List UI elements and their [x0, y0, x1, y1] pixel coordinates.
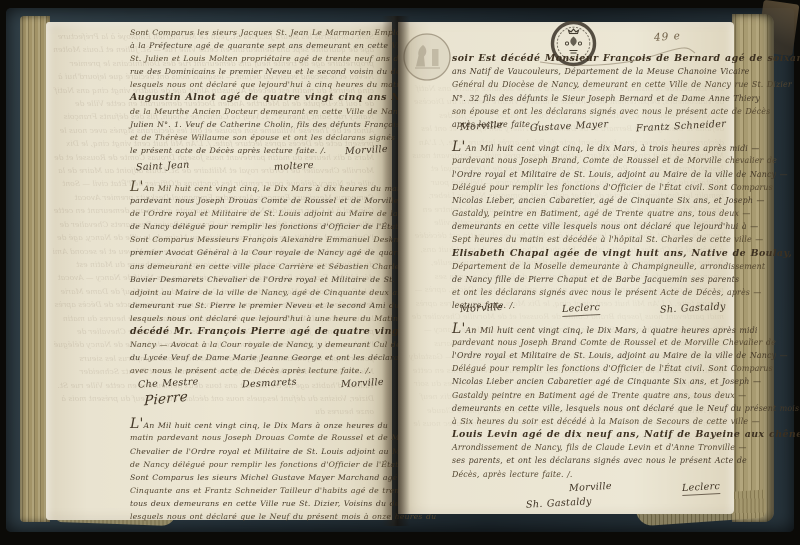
- signature: Leclerc: [681, 480, 720, 496]
- manuscript-line: l'Ordre royal et Militaire de St. Louis,…: [452, 168, 734, 181]
- manuscript-line: Gastaldy peintre en Batiment agé de Tren…: [452, 389, 734, 402]
- manuscript-line: Délégué pour remplir les fonctions d'Off…: [452, 362, 734, 375]
- manuscript-line: avec nous le présent acte de Décès après…: [130, 364, 392, 377]
- manuscript-line: rue des Dominicains le premier Neveu et …: [130, 65, 392, 78]
- manuscript-line: pardevant nous Joseph Drouas Comte de Ro…: [130, 194, 392, 207]
- manuscript-line: Décès, après lecture faite. /.: [452, 468, 734, 481]
- manuscript-line: du Lycée Veuf de Dame Marie Jeanne Georg…: [130, 351, 392, 364]
- signature-row: Pierre: [130, 393, 392, 413]
- signature: Morville: [460, 300, 504, 315]
- manuscript-line: demeurants en cette ville, lesquels nous…: [452, 402, 734, 415]
- manuscript-line: premier Avocat Général à la Cour royale …: [130, 246, 392, 259]
- manuscript-line: ses parents, et ont les déclarans signés…: [452, 454, 734, 467]
- manuscript-line: Cinquante ans et Frantz Schneider Taille…: [130, 484, 392, 497]
- manuscript-line: adjoint au Maire de la ville de Nancy, a…: [130, 286, 392, 299]
- signature: Morville: [569, 480, 613, 495]
- signature-row: MorvilleGustave MayerFrantz Schneider: [452, 120, 734, 136]
- manuscript-line: St. Julien et Louis Molten propriétaire …: [130, 52, 392, 65]
- manuscript-line: lesquels nous ont déclaré que le Neuf du…: [130, 510, 392, 523]
- manuscript-line: lesquels nous ont déclaré que lejourd'hu…: [130, 312, 392, 325]
- manuscript-line: de Nancy délégué pour remplir les foncti…: [130, 458, 392, 471]
- manuscript-line: Nicolas Lieber, ancien Cabaretier, agé d…: [452, 194, 734, 207]
- signature-row: MorvilleLeclerc: [452, 481, 734, 497]
- manuscript-line: demeurants en cette ville lesquels nous …: [452, 220, 734, 233]
- manuscript-text-left: Sont Comparus les sieurs Jacques St. Jea…: [130, 26, 392, 523]
- right-page: soir Est décédé Monsieur François de Ber…: [398, 22, 734, 514]
- manuscript-line: Arrondissement de Nancy, fils de Claude …: [452, 441, 734, 454]
- manuscript-line: L'An Mil huit cent vingt cinq, le Dix Ma…: [452, 323, 734, 336]
- manuscript-line: et ont les déclarans signés avec nous le…: [452, 286, 734, 299]
- signature: Pierre: [144, 391, 188, 409]
- manuscript-line: L'An Mil huit cent vingt cinq, le Dix Ma…: [130, 418, 392, 431]
- manuscript-line: Sept heures du matin est décédée à l'hôp…: [452, 233, 734, 246]
- signature: Sh. Gastaldy: [660, 300, 726, 317]
- manuscript-line: à la Préfecture agé de quarante sept ans…: [130, 39, 392, 52]
- manuscript-line: Sont Comparus Messieurs François Alexand…: [130, 233, 392, 246]
- manuscript-line: Délégué pour remplir les fonctions d'Off…: [452, 181, 734, 194]
- manuscript-line: L'An Mil huit cent vingt cinq, le Dix Ma…: [130, 181, 392, 194]
- manuscript-line: Département de la Moselle demeurante à C…: [452, 260, 734, 273]
- manuscript-line: ans Natif de Vaucouleurs, Département de…: [452, 65, 734, 78]
- manuscript-line: à Six heures du soir est décédé à la Mai…: [452, 415, 734, 428]
- manuscript-text-right: soir Est décédé Monsieur François de Ber…: [452, 52, 734, 515]
- manuscript-line: l'Ordre royal et Militaire de St. Louis,…: [452, 349, 734, 362]
- signature: Gustave Mayer: [530, 118, 609, 135]
- manuscript-line: pardevant nous Joseph Brand, Comte de Ro…: [452, 154, 734, 167]
- folio-number: 49 e: [654, 30, 682, 44]
- manuscript-line: décédé Mr. François Pierre agé de quatre…: [130, 325, 392, 338]
- photo-of-open-register: Sont Comparus les sieurs Jacques St. Jea…: [0, 0, 800, 545]
- manuscript-line: pardevant nous Joseph Brand Comte de Rou…: [452, 336, 734, 349]
- manuscript-line: Nancy — Avocat à la Cour royale de Nancy…: [130, 338, 392, 351]
- manuscript-line: Sont Comparus les sieurs Michel Gustave …: [130, 471, 392, 484]
- manuscript-line: de l'Ordre royal et Militaire de St. Lou…: [130, 207, 392, 220]
- signature-row: MorvilleLeclercSh. Gastaldy: [452, 302, 734, 318]
- manuscript-line: matin pardevant nous Joseph Drouas Comte…: [130, 431, 392, 444]
- signature: moltere: [273, 159, 313, 174]
- manuscript-line: Nicolas Lieber ancien Cabaretier agé de …: [452, 375, 734, 388]
- manuscript-line: Gastaldy, peintre en Batiment, agé de Tr…: [452, 207, 734, 220]
- manuscript-line: N°. 32 fils des défunts le Sieur Joseph …: [452, 92, 734, 105]
- signature: Leclerc: [562, 301, 601, 317]
- signature: Che Mestre: [138, 376, 199, 392]
- manuscript-line: son épouse et ont les déclarans signés a…: [452, 105, 734, 118]
- manuscript-line: Sont Comparus les sieurs Jacques St. Jea…: [130, 26, 392, 39]
- manuscript-line: Bavier Desmarets Chevalier de l'Ordre ro…: [130, 273, 392, 286]
- manuscript-line: demeurant rue St. Pierre le premier Neve…: [130, 299, 392, 312]
- manuscript-line: Julien N°. 1. Veuf de Catherine Cholin, …: [130, 118, 392, 131]
- signature: Saint Jean: [136, 159, 190, 175]
- manuscript-line: soir Est décédé Monsieur François de Ber…: [452, 52, 734, 65]
- book-gutter-shadow: [382, 16, 410, 526]
- manuscript-line: Louis Levin agé de dix neuf ans, Natif d…: [452, 428, 734, 441]
- manuscript-line: ans demeurant en cette ville place Carri…: [130, 260, 392, 273]
- manuscript-line: tous deux demeurans en cette Ville rue S…: [130, 497, 392, 510]
- manuscript-line: Chevalier de l'Ordre royal et Militaire …: [130, 445, 392, 458]
- left-page: Sont Comparus les sieurs Jacques St. Jea…: [46, 22, 392, 520]
- signature: Morville: [460, 119, 504, 134]
- signature: Sh. Gastaldy: [526, 495, 592, 512]
- manuscript-line: Général du Diocèse de Nancy, demeurant e…: [452, 78, 734, 91]
- manuscript-line: lesquels nous ont déclaré que lejourd'hu…: [130, 78, 392, 91]
- signature-row: Saint Jeanmoltere: [130, 160, 392, 176]
- manuscript-line: et de Thérèse Willaume son épouse et ont…: [130, 131, 392, 144]
- manuscript-line: de la Meurthe Ancien Docteur demeurant e…: [130, 105, 392, 118]
- manuscript-line: Augustin Alnot agé de quatre vingt cinq …: [130, 91, 392, 104]
- signature-row: Sh. Gastaldy: [452, 497, 734, 515]
- manuscript-line: de Nancy délégué pour remplir les foncti…: [130, 220, 392, 233]
- manuscript-line: de Nancy fille de Pierre Chaput et de Ba…: [452, 273, 734, 286]
- manuscript-line: L'An Mil huit cent vingt cinq, le dix Ma…: [452, 141, 734, 154]
- signature: Frantz Schneider: [636, 118, 727, 136]
- manuscript-line: Elisabeth Chapal agée de vingt huit ans,…: [452, 247, 734, 260]
- signature: Desmarets: [242, 376, 297, 392]
- signature: Morville: [341, 376, 385, 391]
